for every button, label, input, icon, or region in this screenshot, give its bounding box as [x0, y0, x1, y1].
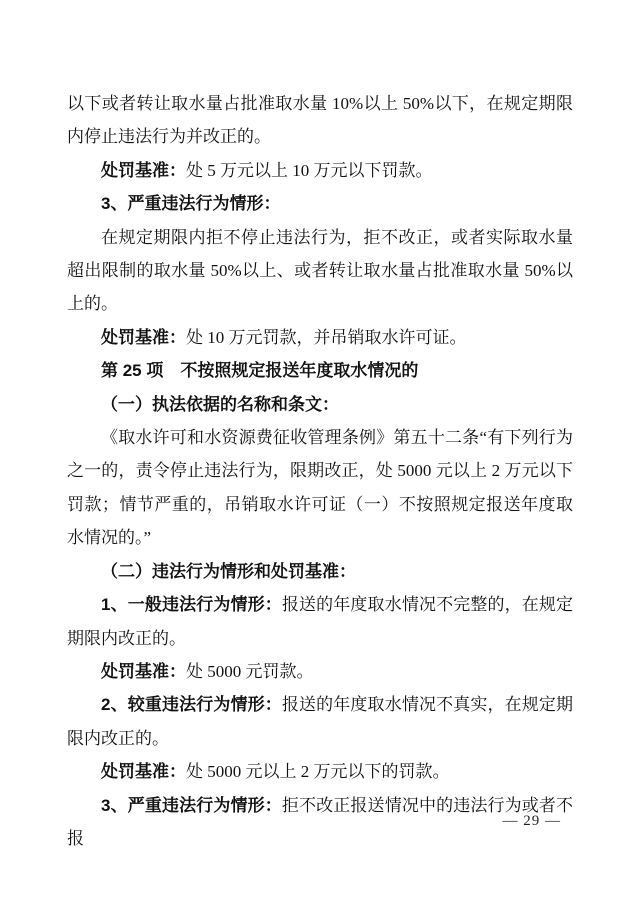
paragraph: 在规定期限内拒不停止违法行为，拒不改正，或者实际取水量超出限制的取水量 50%以…	[67, 221, 573, 321]
paragraph: 3、严重违法行为情形：拒不改正报送情况中的违法行为或者不报	[67, 789, 573, 856]
text-run: 《取水许可和水资源费征收管理条例》第五十二条“有下列行为之一的，责令停止违法行为…	[67, 428, 573, 547]
text-run: 处 10 万元罚款，并吊销取水许可证。	[186, 328, 467, 347]
document-page: 以下或者转让取水量占批准取水量 10%以上 50%以下，在规定期限内停止违法行为…	[0, 0, 635, 898]
paragraph: 以下或者转让取水量占批准取水量 10%以上 50%以下，在规定期限内停止违法行为…	[67, 87, 573, 154]
bold-text-run: 3、严重违法行为情形：	[101, 796, 282, 815]
document-body: 以下或者转让取水量占批准取水量 10%以上 50%以下，在规定期限内停止违法行为…	[67, 87, 573, 855]
bold-text-run: 处罚基准：	[101, 161, 186, 180]
bold-text-run: （一）执法依据的名称和条文：	[101, 395, 339, 414]
paragraph: （二）违法行为情形和处罚基准：	[67, 555, 573, 588]
paragraph: 处罚基准：处 5000 元以上 2 万元以下的罚款。	[67, 755, 573, 788]
text-run: 处 5 万元以上 10 万元以下罚款。	[186, 161, 433, 180]
paragraph: 《取水许可和水资源费征收管理条例》第五十二条“有下列行为之一的，责令停止违法行为…	[67, 421, 573, 555]
paragraph: 2、较重违法行为情形：报送的年度取水情况不真实，在规定期限内改正的。	[67, 688, 573, 755]
text-run: 在规定期限内拒不停止违法行为，拒不改正，或者实际取水量超出限制的取水量 50%以…	[67, 228, 573, 314]
bold-text-run: 第 25 项 不按照规定报送年度取水情况的	[101, 361, 418, 380]
paragraph: （一）执法依据的名称和条文：	[67, 388, 573, 421]
bold-text-run: 1、一般违法行为情形：	[101, 595, 282, 614]
text-run: 处 5000 元以上 2 万元以下的罚款。	[186, 762, 450, 781]
paragraph: 处罚基准：处 5000 元罚款。	[67, 655, 573, 688]
paragraph: 3、严重违法行为情形：	[67, 187, 573, 220]
bold-text-run: 2、较重违法行为情形：	[101, 695, 282, 714]
bold-text-run: 处罚基准：	[101, 662, 186, 681]
bold-text-run: 3、严重违法行为情形：	[101, 194, 280, 213]
text-run: 以下或者转让取水量占批准取水量 10%以上 50%以下，在规定期限内停止违法行为…	[67, 94, 573, 146]
paragraph: 1、一般违法行为情形：报送的年度取水情况不完整的，在规定期限内改正的。	[67, 588, 573, 655]
text-run: 处 5000 元罚款。	[186, 662, 314, 681]
paragraph: 处罚基准：处 10 万元罚款，并吊销取水许可证。	[67, 321, 573, 354]
page-number-footer: — 29 —	[503, 810, 562, 832]
bold-text-run: 处罚基准：	[101, 328, 186, 347]
bold-text-run: （二）违法行为情形和处罚基准：	[101, 562, 356, 581]
bold-text-run: 处罚基准：	[101, 762, 186, 781]
paragraph: 第 25 项 不按照规定报送年度取水情况的	[67, 354, 573, 387]
paragraph: 处罚基准：处 5 万元以上 10 万元以下罚款。	[67, 154, 573, 187]
